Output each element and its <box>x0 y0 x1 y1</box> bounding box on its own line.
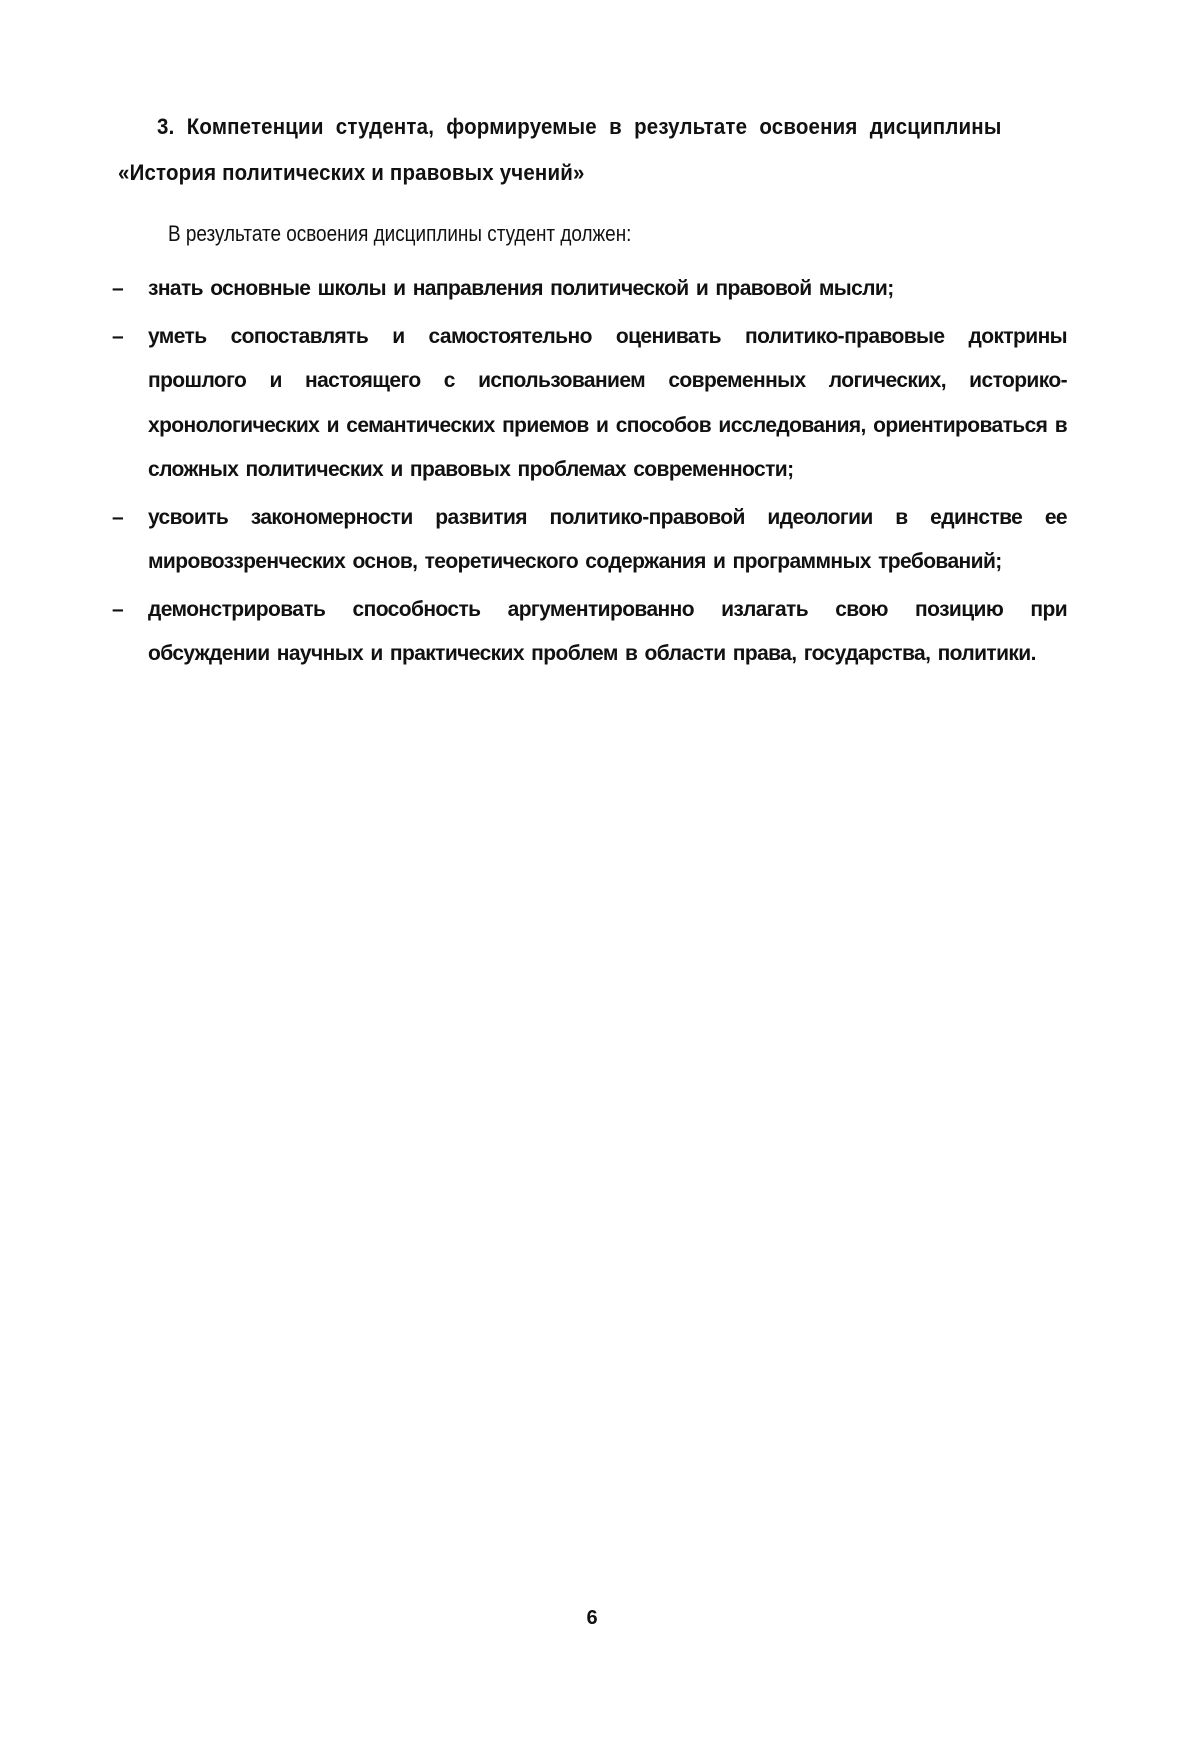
list-item: – знать основные школы и направления пол… <box>112 267 1067 312</box>
dash-bullet-icon: – <box>112 588 136 633</box>
dash-bullet-icon: – <box>112 496 136 541</box>
intro-paragraph: В результате освоения дисциплины студент… <box>168 219 631 249</box>
list-item-text: знать основные школы и направления полит… <box>148 267 1067 312</box>
section-heading: 3. Компетенции студента, формируемые в р… <box>118 104 1002 196</box>
list-item: – усвоить закономерности развития полити… <box>112 496 1067 585</box>
list-item-text: уметь сопоставлять и самостоятельно оцен… <box>148 315 1067 493</box>
list-item-text: усвоить закономерности развития политико… <box>148 496 1067 585</box>
page-number: 6 <box>580 1606 604 1630</box>
list-item: – демонстрировать способность аргументир… <box>112 588 1067 677</box>
document-page: 3. Компетенции студента, формируемые в р… <box>0 0 1184 1737</box>
list-item: – уметь сопоставлять и самостоятельно оц… <box>112 315 1067 493</box>
competency-list: – знать основные школы и направления пол… <box>112 267 1067 680</box>
list-item-text: демонстрировать способность аргументиров… <box>148 588 1067 677</box>
dash-bullet-icon: – <box>112 315 136 360</box>
dash-bullet-icon: – <box>112 267 136 312</box>
